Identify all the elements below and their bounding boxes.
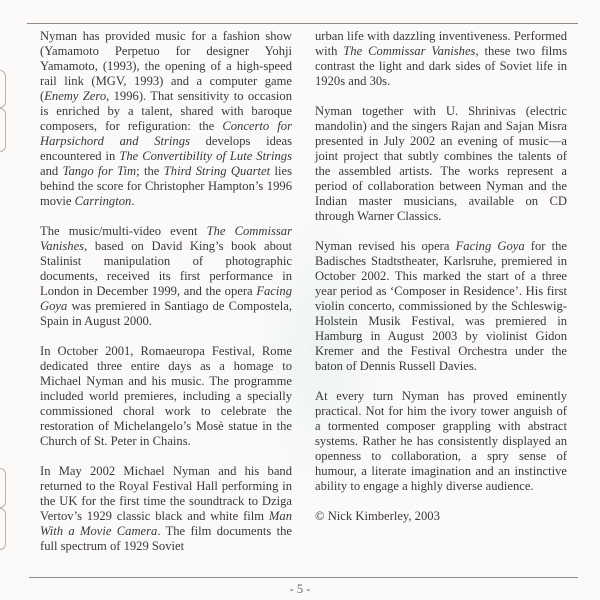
copyright-credit: © Nick Kimberley, 2003 xyxy=(315,509,567,524)
left-column: Nyman has provided music for a fashion s… xyxy=(40,29,292,554)
text-run: In May 2002 Michael Nyman and his band r… xyxy=(40,464,292,523)
text-run: Nyman revised his opera xyxy=(315,239,456,253)
binder-ring-mark xyxy=(0,508,6,550)
text-run: Nyman together with U. Shrinivas (electr… xyxy=(315,104,567,223)
paragraph: At every turn Nyman has proved eminently… xyxy=(315,389,567,494)
paragraph: Nyman revised his opera Facing Goya for … xyxy=(315,239,567,374)
text-run: . xyxy=(131,194,134,208)
text-run: was premiered in Santiago de Compostela,… xyxy=(40,299,292,328)
text-run: ; the xyxy=(136,164,164,178)
text-run: The music/multi-video event xyxy=(40,224,207,238)
text-run: In October 2001, Romaeuropa Festival, Ro… xyxy=(40,344,292,448)
italic-title: Enemy Zero xyxy=(44,89,106,103)
binder-ring-mark xyxy=(0,70,6,108)
italic-title: The Convertibility of Lute Strings xyxy=(119,149,292,163)
paragraph: Nyman has provided music for a fashion s… xyxy=(40,29,292,209)
italic-title: Third String Quartet xyxy=(164,164,270,178)
paragraph: In May 2002 Michael Nyman and his band r… xyxy=(40,464,292,554)
paragraph: In October 2001, Romaeuropa Festival, Ro… xyxy=(40,344,292,449)
paragraph: Nyman together with U. Shrinivas (electr… xyxy=(315,104,567,224)
right-column: urban life with dazzling inventiveness. … xyxy=(315,29,567,524)
paragraph: urban life with dazzling inventiveness. … xyxy=(315,29,567,89)
page-number: - 5 - xyxy=(0,582,600,597)
italic-title: Carrington xyxy=(75,194,132,208)
text-run: and xyxy=(40,164,63,178)
top-rule xyxy=(27,23,578,24)
booklet-page: Nyman has provided music for a fashion s… xyxy=(0,0,600,600)
italic-title: Tango for Tim xyxy=(63,164,136,178)
binder-ring-mark xyxy=(0,108,6,152)
binder-ring-mark xyxy=(0,468,6,508)
italic-title: Facing Goya xyxy=(456,239,525,253)
paragraph: The music/multi-video event The Commissa… xyxy=(40,224,292,329)
text-run: At every turn Nyman has proved eminently… xyxy=(315,389,567,493)
bottom-rule xyxy=(29,577,578,578)
text-run: for the Badisches Stadtstheater, Karlsru… xyxy=(315,239,567,373)
italic-title: The Commissar Vanishes xyxy=(343,44,475,58)
